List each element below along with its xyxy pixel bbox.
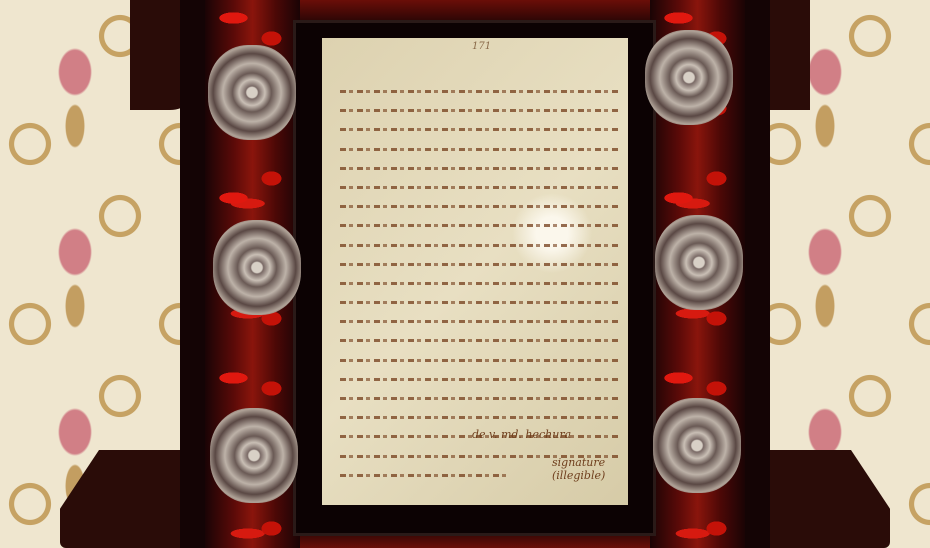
manuscript-letter: 171 de v. md. hechura signature (illegib… bbox=[322, 38, 628, 505]
frame-top-rail bbox=[300, 0, 650, 22]
page-number: 171 bbox=[472, 41, 491, 52]
tortoiseshell-frame: 171 de v. md. hechura signature (illegib… bbox=[180, 0, 770, 548]
letter-signature: signature (illegible) bbox=[552, 456, 628, 482]
filigree-ornament-icon bbox=[653, 398, 741, 493]
filigree-ornament-icon bbox=[213, 220, 301, 315]
filigree-ornament-icon bbox=[655, 215, 743, 310]
handwritten-text bbox=[340, 83, 618, 486]
filigree-ornament-icon bbox=[208, 45, 296, 140]
filigree-ornament-icon bbox=[210, 408, 298, 503]
letter-closing: de v. md. hechura bbox=[472, 428, 571, 441]
filigree-ornament-icon bbox=[645, 30, 733, 125]
